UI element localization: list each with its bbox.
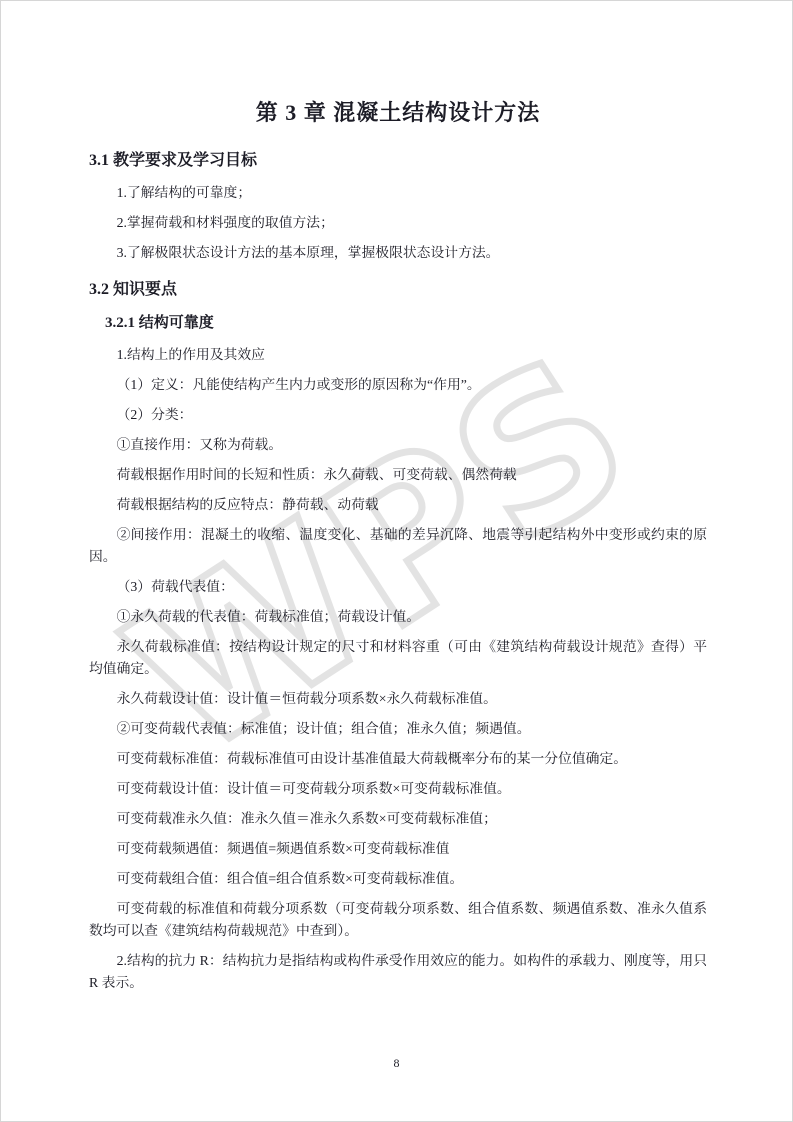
section-heading-3-2: 3.2 知识要点 <box>89 276 707 299</box>
page-number: 8 <box>1 1056 792 1071</box>
chapter-title: 第 3 章 混凝土结构设计方法 <box>89 96 707 127</box>
paragraph: 永久荷载标准值：按结构设计规定的尺寸和材料容重（可由《建筑结构荷载设计规范》查得… <box>89 636 707 680</box>
paragraph: 荷载根据作用时间的长短和性质：永久荷载、可变荷载、偶然荷载 <box>89 464 707 486</box>
paragraph: ②可变荷载代表值：标准值；设计值；组合值；准永久值；频遇值。 <box>89 718 707 740</box>
paragraph: 3.了解极限状态设计方法的基本原理，掌握极限状态设计方法。 <box>89 242 707 264</box>
paragraph: 可变荷载标准值：荷载标准值可由设计基准值最大荷载概率分布的某一分位值确定。 <box>89 748 707 770</box>
paragraph: 可变荷载设计值：设计值＝可变荷载分项系数×可变荷载标准值。 <box>89 778 707 800</box>
paragraph: ①永久荷载的代表值：荷载标准值；荷载设计值。 <box>89 606 707 628</box>
section-heading-3-2-1: 3.2.1 结构可靠度 <box>105 311 707 332</box>
paragraph: （1）定义：凡能使结构产生内力或变形的原因称为“作用”。 <box>89 374 707 396</box>
paragraph: 1.了解结构的可靠度； <box>89 182 707 204</box>
paragraph: 1.结构上的作用及其效应 <box>89 344 707 366</box>
paragraph: 可变荷载组合值：组合值=组合值系数×可变荷载标准值。 <box>89 868 707 890</box>
paragraph: ①直接作用：又称为荷载。 <box>89 434 707 456</box>
section-heading-3-1: 3.1 教学要求及学习目标 <box>89 147 707 170</box>
document-body: 第 3 章 混凝土结构设计方法 3.1 教学要求及学习目标 1.了解结构的可靠度… <box>89 96 707 1002</box>
paragraph: ②间接作用：混凝土的收缩、温度变化、基础的差异沉降、地震等引起结构外中变形或约束… <box>89 524 707 568</box>
paragraph: （2）分类： <box>89 404 707 426</box>
document-page: WPS 第 3 章 混凝土结构设计方法 3.1 教学要求及学习目标 1.了解结构… <box>0 0 793 1122</box>
paragraph: 荷载根据结构的反应特点：静荷载、动荷载 <box>89 494 707 516</box>
paragraph: 2.结构的抗力 R：结构抗力是指结构或构件承受作用效应的能力。如构件的承载力、刚… <box>89 950 707 994</box>
paragraph: 2.掌握荷载和材料强度的取值方法； <box>89 212 707 234</box>
paragraph: 可变荷载频遇值：频遇值=频遇值系数×可变荷载标准值 <box>89 838 707 860</box>
paragraph: 可变荷载准永久值：准永久值＝准永久系数×可变荷载标准值； <box>89 808 707 830</box>
paragraph: 永久荷载设计值：设计值＝恒荷载分项系数×永久荷载标准值。 <box>89 688 707 710</box>
paragraph: 可变荷载的标准值和荷载分项系数（可变荷载分项系数、组合值系数、频遇值系数、准永久… <box>89 898 707 942</box>
paragraph: （3）荷载代表值： <box>89 576 707 598</box>
